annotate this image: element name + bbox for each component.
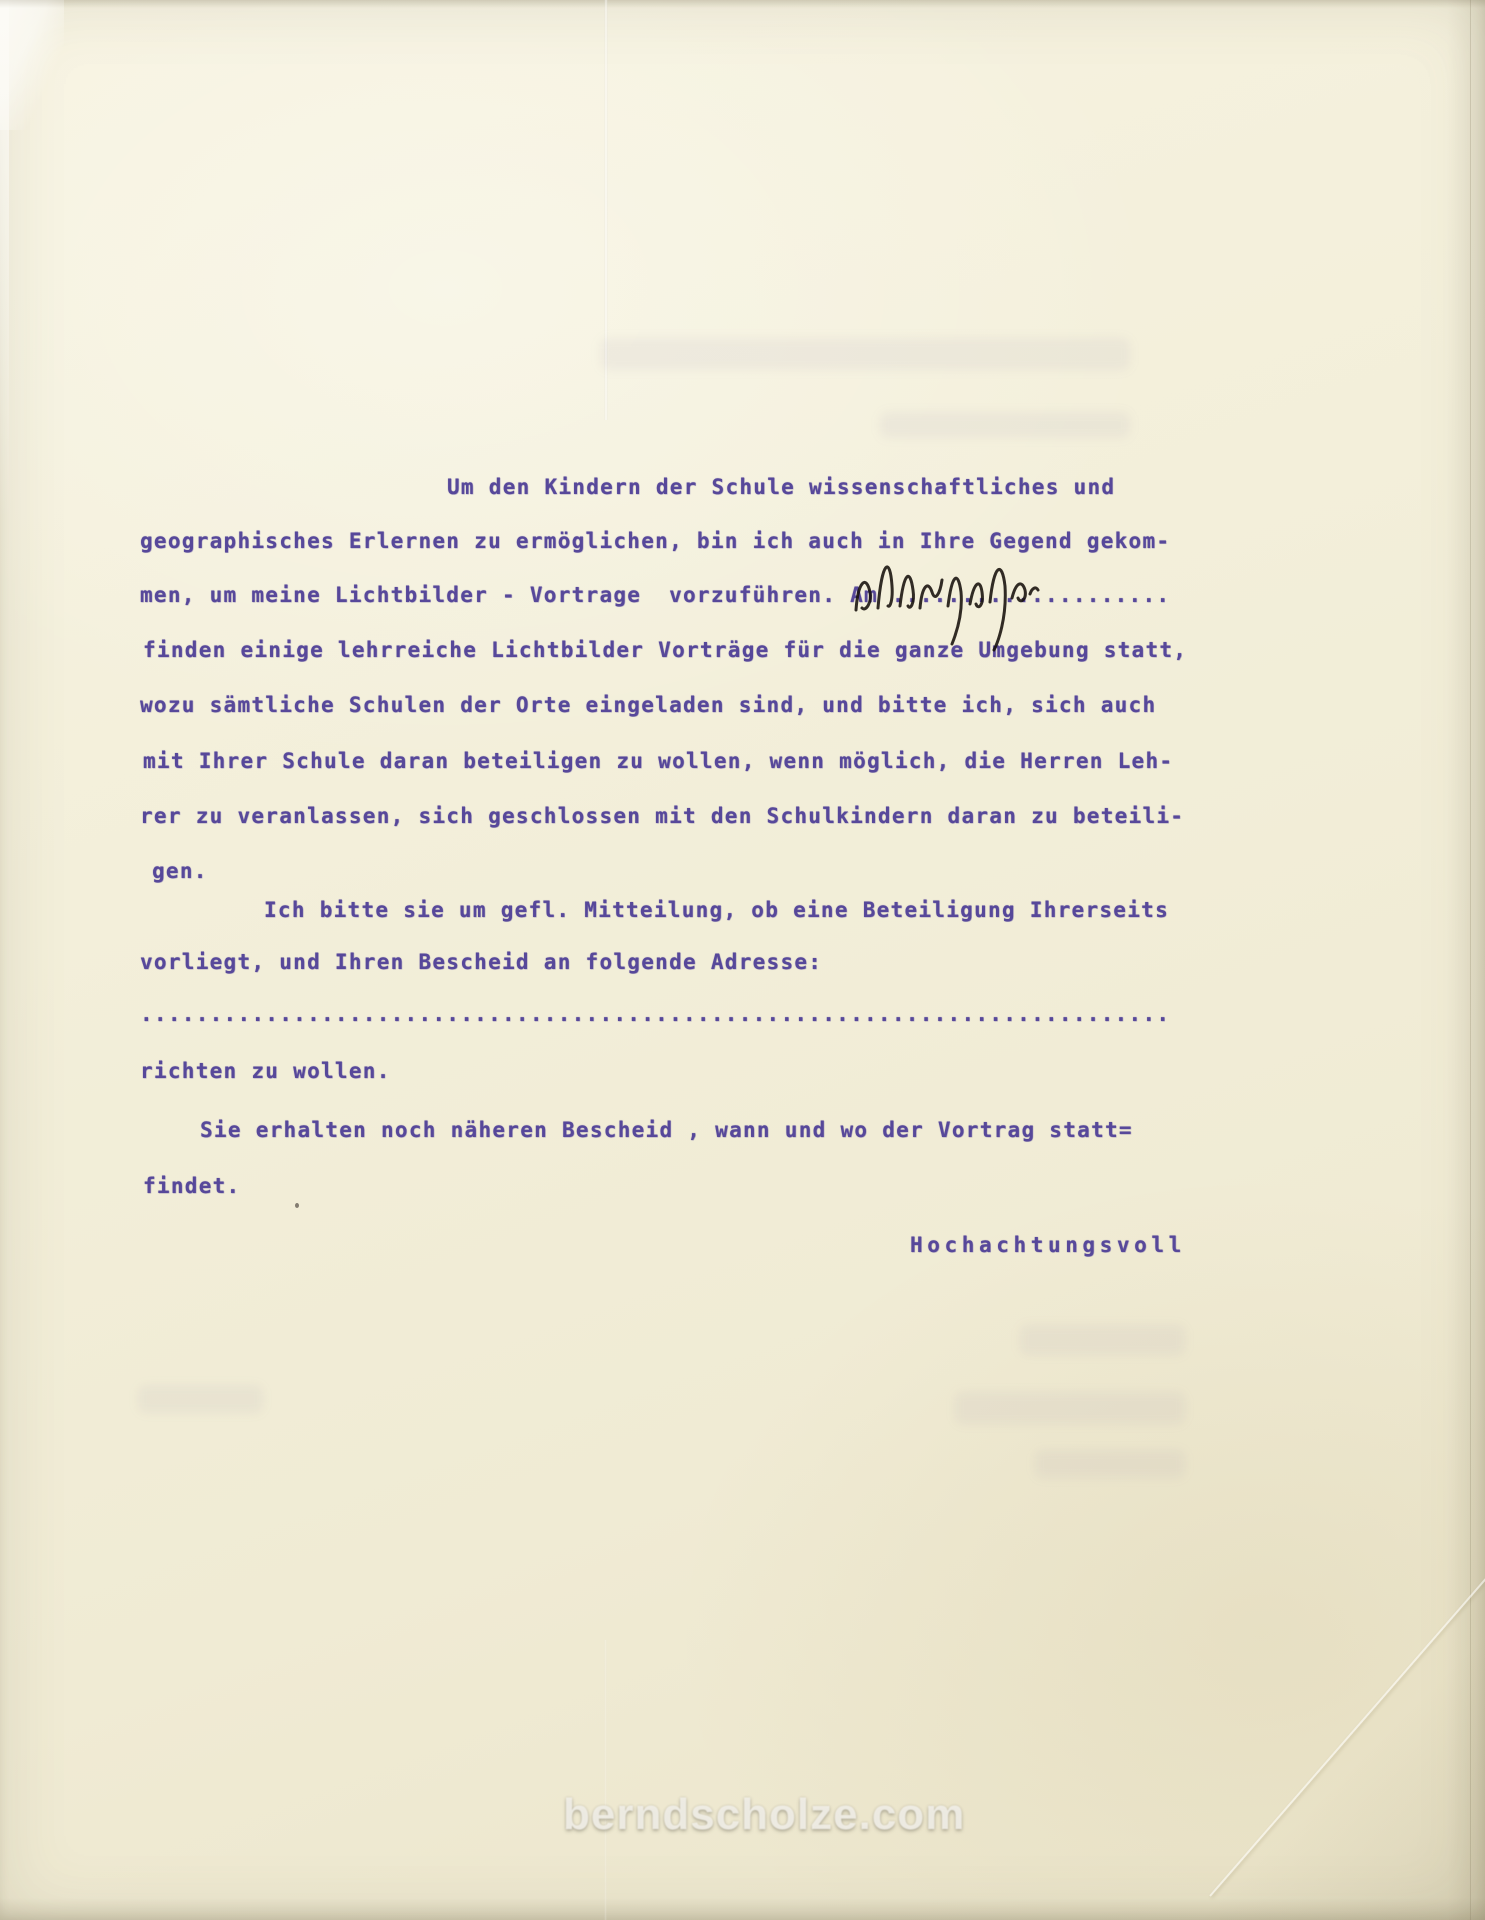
paper-top-edge: [0, 0, 1485, 8]
dotted-blank-line: ........................................…: [140, 1001, 1170, 1027]
corner-shade: [1185, 1580, 1485, 1920]
ink-bleed-through: [1020, 1325, 1185, 1355]
ink-bleed-through: [600, 338, 1130, 370]
ink-bleed-through: [955, 1392, 1185, 1424]
letter-line: richten zu wollen.: [140, 1058, 391, 1084]
scanned-letter-page: Um den Kindern der Schule wissenschaftli…: [0, 0, 1485, 1920]
letter-line: Sie erhalten noch näheren Bescheid , wan…: [200, 1117, 1133, 1143]
ink-speck: [295, 1203, 299, 1208]
ink-bleed-through: [880, 412, 1130, 438]
paper-left-edge: [0, 0, 9, 520]
paper-corner-highlight: [0, 0, 64, 130]
letter-line: mit Ihrer Schule daran beteiligen zu wol…: [143, 748, 1173, 774]
letter-line: Ich bitte sie um gefl. Mitteilung, ob ei…: [264, 897, 1169, 923]
letter-line: rer zu veranlassen, sich geschlossen mit…: [140, 803, 1184, 829]
letter-line: vorliegt, und Ihren Bescheid an folgende…: [140, 949, 822, 975]
closing-salutation: Hochachtungsvoll: [910, 1232, 1186, 1258]
fold-crease-bottom: [604, 1640, 607, 1920]
watermark: berndscholze.com: [563, 1790, 965, 1840]
ink-bleed-through: [138, 1385, 263, 1413]
letter-line: wozu sämtliche Schulen der Orte eingelad…: [140, 692, 1156, 718]
letter-line: findet.: [143, 1173, 240, 1199]
handwritten-date-scrawl: [850, 530, 1050, 660]
ink-bleed-through: [1035, 1450, 1185, 1478]
letter-line: gen.: [152, 858, 208, 884]
letter-line: Um den Kindern der Schule wissenschaftli…: [447, 474, 1115, 500]
